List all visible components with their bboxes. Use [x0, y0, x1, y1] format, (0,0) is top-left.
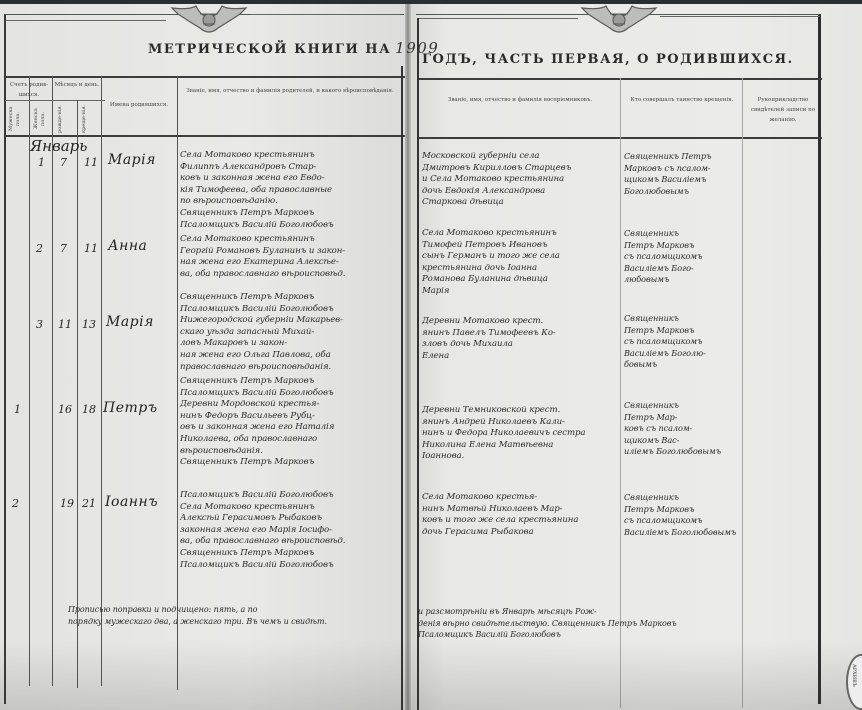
female-count: 2	[36, 242, 43, 255]
godparents-text: Села Мотаково крестьянинъ Тимофей Петров…	[422, 228, 622, 298]
parents-text: Села Мотаково крестьянинъ Филиппъ Алекса…	[180, 150, 402, 231]
parents-text: Священникъ Петръ Марковъ Псаломщикъ Васи…	[180, 292, 402, 373]
col-header-month-day: Мѣсяцъ и день.	[54, 80, 100, 90]
child-name: Марія	[108, 152, 156, 168]
baptism-day: 21	[82, 497, 96, 510]
parents-text: Села Мотаково крестьянинъ Георгій Романо…	[180, 234, 402, 280]
right-page-title: ГОДЪ, ЧАСТЬ ПЕРВАЯ, О РОДИВШИХСЯ.	[422, 52, 794, 67]
top-rule-left-2	[250, 14, 400, 15]
female-count: 3	[36, 318, 43, 331]
header-top-rule-left	[5, 76, 405, 78]
month-label: Январь	[30, 137, 87, 155]
male-count: 2	[12, 497, 19, 510]
birth-day: 16	[58, 403, 72, 416]
col-header-performed-by: Кто совершалъ таинство крещенія.	[624, 95, 740, 105]
footer-note-left: Прописью поправки и подчищено: пять, а п…	[68, 604, 404, 627]
performed-by-text: Священникъ Петръ Марковъ съ псаломщикомъ…	[624, 492, 742, 538]
baptism-day: 13	[82, 318, 96, 331]
col-header-baptized: креще-нія.	[81, 104, 99, 134]
performed-by-text: Священникъ Петръ Мар- ковъ съ псалом- щи…	[624, 400, 742, 458]
godparents-text: Деревни Мотаково крест. янинъ Павелъ Тим…	[422, 316, 622, 362]
stamp-label: АРХИВЪ	[851, 664, 857, 687]
book-spine	[405, 4, 411, 710]
top-rule-right-2	[660, 16, 820, 17]
birth-day: 11	[58, 318, 72, 331]
performed-by-text: Священникъ Петръ Марковъ съ псаломщикомъ…	[624, 313, 742, 371]
birth-day: 7	[60, 156, 67, 169]
child-name: Марія	[106, 314, 154, 330]
birth-day: 19	[60, 497, 74, 510]
title-text: МЕТРИЧЕСКОЙ КНИГИ НА	[148, 42, 391, 57]
male-count: 1	[14, 403, 21, 416]
top-rule-right	[418, 18, 578, 19]
crest-right-icon	[580, 2, 658, 36]
parents-text: Священникъ Петръ Марковъ Псаломщикъ Васи…	[180, 376, 402, 469]
col-header-born: рожде-нія.	[57, 104, 75, 134]
performed-by-text: Священникъ Петръ Марковъ съ псаломщикомъ…	[624, 228, 742, 286]
top-rule-left	[6, 20, 166, 21]
birth-day: 7	[60, 242, 67, 255]
godparents-text: Деревни Темниковской крест. янинъ Андрей…	[422, 405, 622, 463]
crest-left-icon	[170, 2, 248, 36]
child-name: Анна	[108, 238, 147, 254]
col-sep	[52, 76, 53, 686]
col-header-parents: Званіе, имя, отчество и фамилія родителе…	[185, 86, 395, 96]
col-header-count: Счетъ родив-шихся.	[6, 80, 52, 100]
baptism-day: 11	[84, 156, 98, 169]
col-header-godparents: Званіе, имя, отчество и фамилія воспріем…	[430, 95, 610, 105]
baptism-day: 18	[82, 403, 96, 416]
col-sep	[101, 76, 102, 686]
col-header-child-name: Имена родившихся.	[102, 100, 176, 110]
col-header-signatures: Рукоприкладство свидѣтелей записи по жел…	[745, 95, 821, 125]
col-sep	[177, 76, 178, 690]
performed-by-text: Священникъ Петръ Марковъ съ псалом- щико…	[624, 151, 742, 197]
godparents-text: Села Мотаково крестья- нинъ Матвѣй Никол…	[422, 492, 622, 538]
col-sep	[77, 100, 78, 688]
child-name: Петръ	[103, 400, 158, 416]
godparents-text: Московской губерніи села Дмитровъ Кирилл…	[422, 151, 622, 209]
col-header-male: Мужеска пола.	[8, 104, 26, 134]
left-page-title: МЕТРИЧЕСКОЙ КНИГИ НА1909	[148, 39, 439, 57]
footer-note-right: и разсмотрѣніи въ Январѣ мѣсяцѣ Рож- ден…	[418, 606, 748, 641]
col-sep	[29, 76, 30, 686]
child-name: Іоаннъ	[105, 494, 158, 510]
baptism-day: 11	[84, 242, 98, 255]
parents-text: Псаломщикъ Василій Боголюбовъ Села Мотак…	[180, 490, 402, 571]
col-header-female: Женска пола.	[33, 104, 51, 134]
female-count: 1	[38, 156, 45, 169]
subheader-rule	[5, 100, 105, 101]
